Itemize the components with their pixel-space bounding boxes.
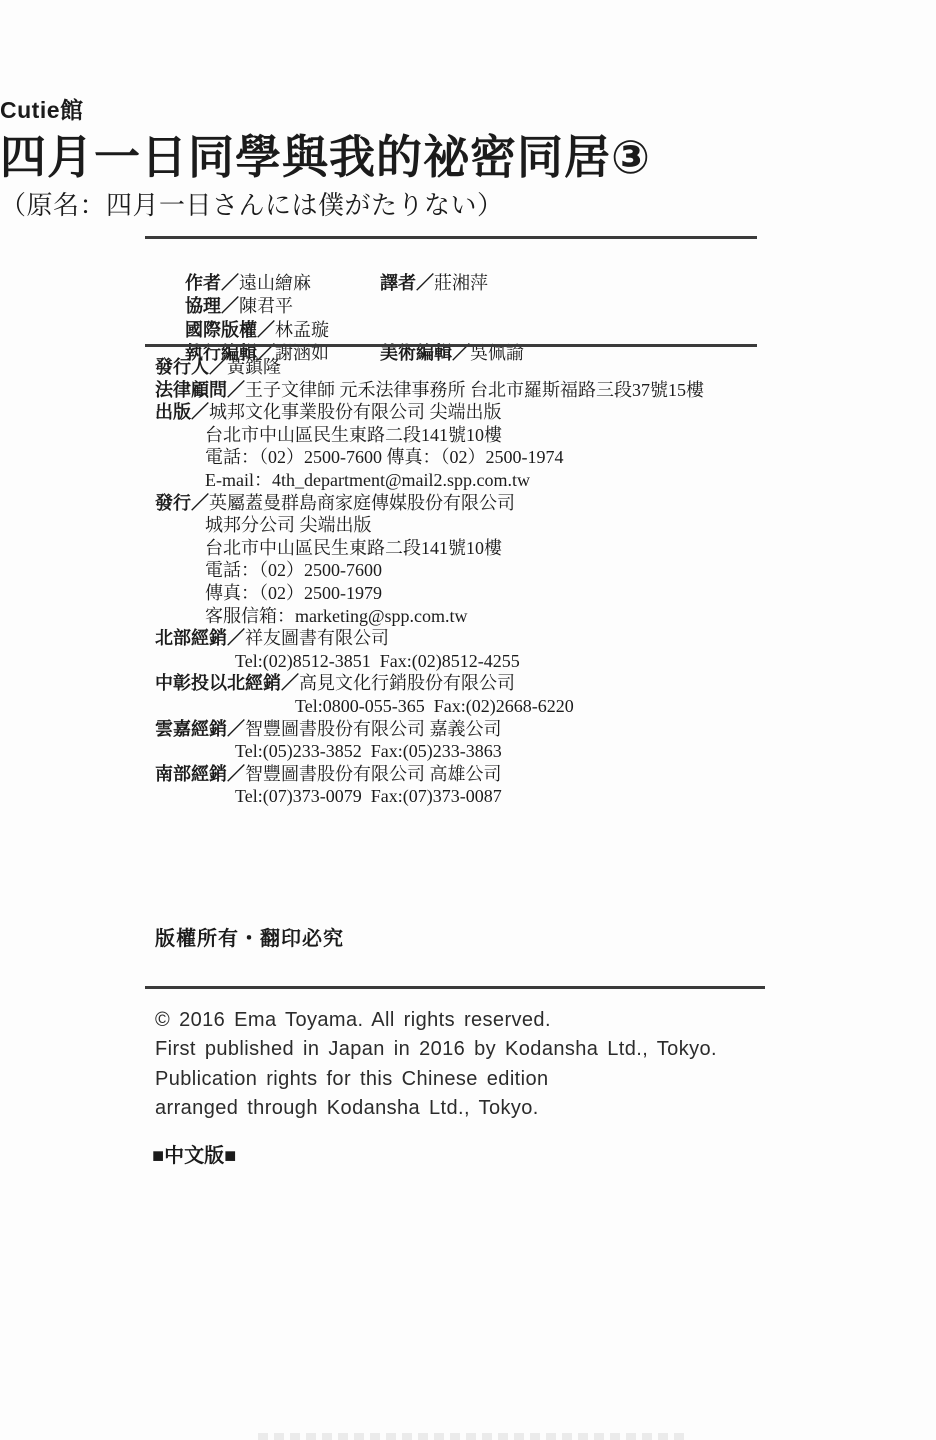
publication-line: E-mail：4th_department@mail2.spp.com.tw [155, 469, 795, 492]
publication-line: 北部經銷／祥友圖書有限公司 [155, 627, 795, 650]
staff-row: 作者／遠山繪麻譯者／莊湘萍 [155, 248, 775, 272]
publication-label: 南部經銷／ [155, 764, 245, 784]
publication-value: 王子文律師 元禾法律事務所 台北市羅斯福路三段37號15樓 [245, 380, 704, 400]
staff-cell: 作者／遠山繪麻 [185, 272, 380, 296]
publication-line: 電話：（02）2500-7600 傳真：（02）2500-1974 [155, 446, 795, 469]
english-copyright-block: © 2016 Ema Toyama. All rights reserved. … [155, 1006, 795, 1123]
publication-line: 客服信箱：marketing@spp.com.tw [155, 605, 795, 628]
publication-value: 城邦文化事業股份有限公司 尖端出版 [209, 402, 502, 422]
staff-cell: 國際版權／林孟璇 [185, 319, 380, 343]
staff-value: 遠山繪麻 [239, 273, 311, 293]
publication-line: 城邦分公司 尖端出版 [155, 514, 795, 537]
publication-value: 電話：（02）2500-7600 [205, 560, 382, 580]
publication-line: 南部經銷／智豐圖書股份有限公司 高雄公司 [155, 763, 795, 786]
copyright-notice: 版權所有・翻印必究 [155, 922, 344, 951]
publication-value: Tel:(05)233-3852 Fax:(05)233-3863 [235, 741, 502, 761]
staff-value: 莊湘萍 [434, 273, 488, 293]
publication-label: 發行人／ [155, 357, 227, 377]
publication-label: 中彰投以北經銷／ [155, 673, 299, 693]
publication-label: 北部經銷／ [155, 628, 245, 648]
book-title: 四月一日同學與我的祕密同居③ [0, 121, 936, 187]
cropped-print-line [258, 1433, 690, 1440]
english-copyright-line: © 2016 Ema Toyama. All rights reserved. [155, 1006, 795, 1035]
english-copyright-line: First published in Japan in 2016 by Koda… [155, 1035, 795, 1064]
publication-value: 黃鎮隆 [227, 357, 281, 377]
staff-label: 作者／ [185, 273, 239, 293]
publication-line: 發行人／黃鎮隆 [155, 356, 795, 379]
staff-label: 譯者／ [380, 273, 434, 293]
publication-label: 雲嘉經銷／ [155, 719, 245, 739]
staff-cell: 譯者／莊湘萍 [380, 273, 488, 293]
english-copyright-line: arranged through Kodansha Ltd., Tokyo. [155, 1094, 795, 1123]
divider-bottom [145, 986, 765, 989]
publication-label: 出版／ [155, 402, 209, 422]
publication-value: 智豐圖書股份有限公司 高雄公司 [245, 764, 502, 784]
publication-value: 高見文化行銷股份有限公司 [299, 673, 515, 693]
publication-line: 傳真：（02）2500-1979 [155, 582, 795, 605]
publication-line: Tel:0800-055-365 Fax:(02)2668-6220 [155, 695, 795, 718]
publication-line: 發行／英屬蓋曼群島商家庭傳媒股份有限公司 [155, 492, 795, 515]
publication-line: 中彰投以北經銷／高見文化行銷股份有限公司 [155, 672, 795, 695]
publication-label: 發行／ [155, 493, 209, 513]
colophon-page: Cutie館 四月一日同學與我的祕密同居③ （原名：四月一日さんには僕がたりない… [0, 0, 936, 1440]
publication-line: 出版／城邦文化事業股份有限公司 尖端出版 [155, 401, 795, 424]
publication-value: 台北市中山區民生東路二段141號10樓 [205, 425, 502, 445]
publication-line: 台北市中山區民生東路二段141號10樓 [155, 424, 795, 447]
publication-value: Tel:0800-055-365 Fax:(02)2668-6220 [295, 696, 574, 716]
divider-mid [145, 344, 757, 347]
staff-label: 國際版權／ [185, 320, 275, 340]
staff-block: 作者／遠山繪麻譯者／莊湘萍 協理／陳君平 國際版權／林孟璇 執行編輯／謝涵如美術… [155, 248, 775, 342]
publication-value: E-mail：4th_department@mail2.spp.com.tw [205, 470, 530, 490]
staff-value: 林孟璇 [275, 320, 329, 340]
publication-value: 電話：（02）2500-7600 傳真：（02）2500-1974 [205, 447, 564, 467]
publication-block: 發行人／黃鎮隆 法律顧問／王子文律師 元禾法律事務所 台北市羅斯福路三段37號1… [155, 356, 795, 808]
publication-value: 智豐圖書股份有限公司 嘉義公司 [245, 719, 502, 739]
publication-value: 城邦分公司 尖端出版 [205, 515, 372, 535]
publication-value: 祥友圖書有限公司 [245, 628, 389, 648]
divider-top [145, 236, 757, 239]
publication-line: Tel:(02)8512-3851 Fax:(02)8512-4255 [155, 650, 795, 673]
english-copyright-line: Publication rights for this Chinese edit… [155, 1065, 795, 1094]
publication-line: 法律顧問／王子文律師 元禾法律事務所 台北市羅斯福路三段37號15樓 [155, 379, 795, 402]
publication-value: Tel:(07)373-0079 Fax:(07)373-0087 [235, 786, 502, 806]
publication-label: 法律顧問／ [155, 380, 245, 400]
publication-value: 台北市中山區民生東路二段141號10樓 [205, 538, 502, 558]
publication-line: Tel:(07)373-0079 Fax:(07)373-0087 [155, 785, 795, 808]
edition-marker: ■中文版■ [152, 1139, 236, 1168]
staff-cell: 協理／陳君平 [185, 295, 380, 319]
staff-value: 陳君平 [239, 296, 293, 316]
publication-value: 英屬蓋曼群島商家庭傳媒股份有限公司 [209, 493, 515, 513]
staff-label: 協理／ [185, 296, 239, 316]
original-title: （原名：四月一日さんには僕がたりない） [0, 185, 936, 222]
publication-value: 傳真：（02）2500-1979 [205, 583, 382, 603]
publication-value: 客服信箱：marketing@spp.com.tw [205, 606, 468, 626]
publication-line: 雲嘉經銷／智豐圖書股份有限公司 嘉義公司 [155, 718, 795, 741]
publication-line: 台北市中山區民生東路二段141號10樓 [155, 537, 795, 560]
publication-value: Tel:(02)8512-3851 Fax:(02)8512-4255 [235, 651, 520, 671]
publication-line: Tel:(05)233-3852 Fax:(05)233-3863 [155, 740, 795, 763]
publication-line: 電話：（02）2500-7600 [155, 559, 795, 582]
